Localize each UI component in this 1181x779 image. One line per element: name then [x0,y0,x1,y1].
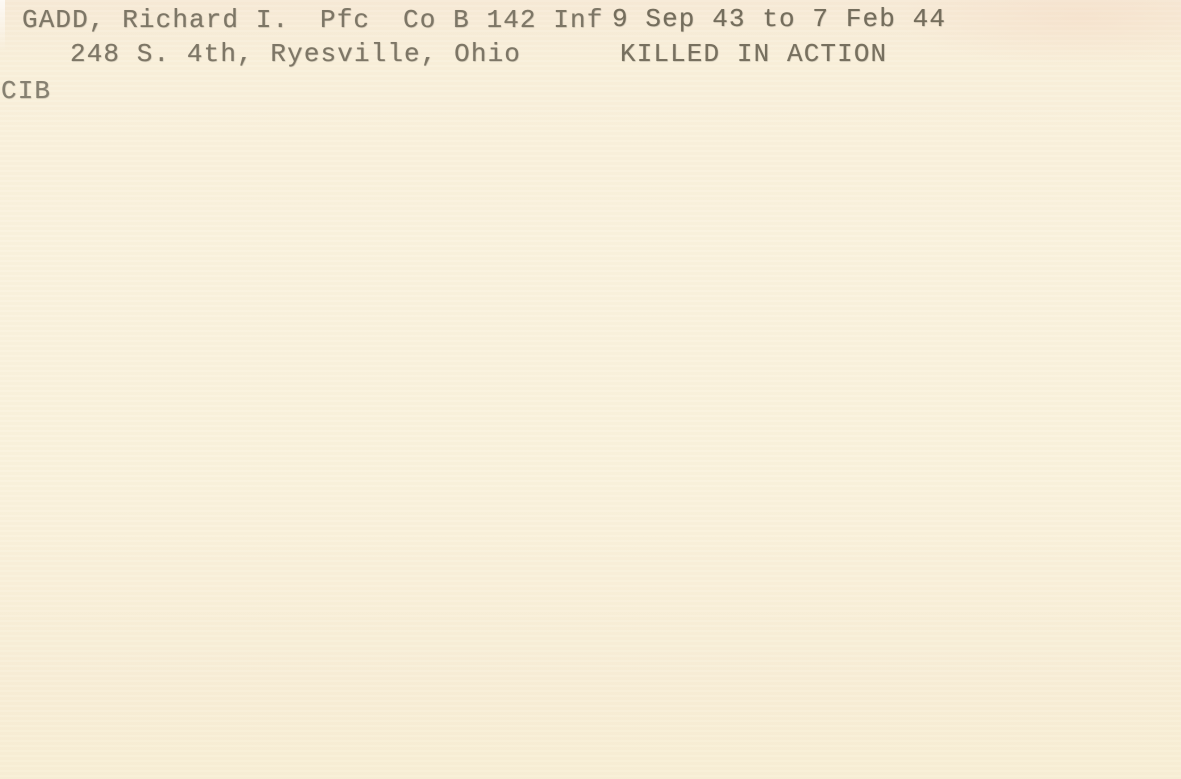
service-dates: 9 Sep 43 to 7 Feb 44 [612,4,946,34]
casualty-status: KILLED IN ACTION [620,39,887,69]
soldier-rank: Pfc [320,5,370,35]
soldier-name: GADD, Richard I. [22,5,289,35]
index-card: GADD, Richard I. Pfc Co B 142 Inf 9 Sep … [0,0,1181,779]
soldier-unit: Co B 142 Inf [403,5,603,35]
home-address: 248 S. 4th, Ryesville, Ohio [70,39,521,69]
award-abbreviation: CIB [1,76,51,106]
